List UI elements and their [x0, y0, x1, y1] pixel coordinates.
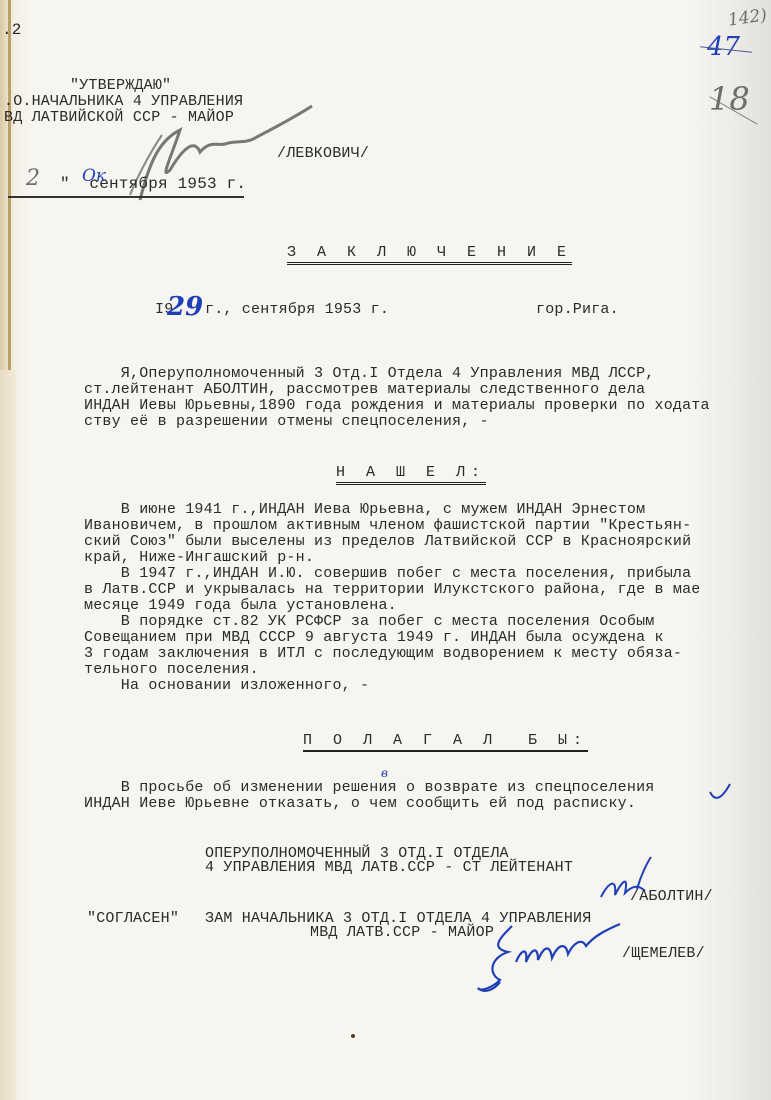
agreed-label: "СОГЛАСЕН": [87, 911, 179, 927]
correction-check-mark: [706, 778, 736, 804]
document-title: З А К Л Ю Ч Е Н И Е: [287, 244, 572, 261]
section-propose-body: В просьбе об изменении решения о возврат…: [84, 780, 655, 812]
approval-title: "УТВЕРЖДАЮ": [70, 78, 171, 94]
intro-line: ству её в разрешении отмены спецпоселени…: [84, 414, 710, 430]
page-number-marker: .2: [2, 22, 22, 38]
document-city: гор.Рига.: [536, 302, 619, 318]
body-line: Ивановичем, в прошлом активным членом фа…: [84, 518, 701, 534]
body-line: Совещанием при МВД СССР 9 августа 1949 г…: [84, 630, 701, 646]
paper-speck: [351, 1034, 355, 1038]
approval-date-day-handwritten: 2: [26, 166, 40, 191]
body-line: На основании изложенного, -: [84, 678, 701, 694]
body-line: ский Союз" были выселены из пределов Лат…: [84, 534, 701, 550]
archive-number-top: 142): [727, 5, 768, 30]
agreed-title-line-2: МВД ЛАТВ.ССР - МАЙОР: [310, 925, 494, 941]
officer-title-line-2: 4 УПРАВЛЕНИЯ МВД ЛАТВ.ССР - СТ ЛЕЙТЕНАНТ: [205, 860, 573, 876]
binding-edge: [8, 0, 11, 370]
body-line: В июне 1941 г.,ИНДАН Иева Юрьевна, с муж…: [84, 502, 701, 518]
approval-signatory: /ЛЕВКОВИЧ/: [277, 146, 369, 162]
document-date-day-handwritten: 29: [167, 292, 203, 322]
body-line: В порядке ст.82 УК РСФСР за побег с мест…: [84, 614, 701, 630]
body-line: тельного поселения.: [84, 662, 701, 678]
intro-paragraph: Я,Оперуполномоченный 3 Отд.I Отдела 4 Уп…: [84, 366, 710, 430]
document-page: .2 142) 47 18 "УТВЕРЖДАЮ" .О.НАЧАЛЬНИКА …: [0, 0, 771, 1100]
body-line: В 1947 г.,ИНДАН И.Ю. совершив побег с ме…: [84, 566, 701, 582]
approval-date-month-handwritten: Ок: [82, 166, 106, 186]
body-line: месяце 1949 года была установлена.: [84, 598, 701, 614]
body-line: ИНДАН Иеве Юрьевне отказать, о чем сообщ…: [84, 796, 655, 812]
section-found-body: В июне 1941 г.,ИНДАН Иева Юрьевна, с муж…: [84, 502, 701, 694]
intro-line: ст.лейтенант АБОЛТИН, рассмотрев материа…: [84, 382, 710, 398]
section-found-heading: Н А Ш Е Л:: [336, 464, 486, 481]
approval-underline: [8, 196, 244, 198]
document-date: г., сентября 1953 г.: [205, 302, 389, 318]
officer-name: /АБОЛТИН/: [630, 889, 713, 905]
section-propose-heading: П О Л А Г А Л Б Ы:: [303, 732, 588, 749]
body-line: край, Ниже-Ингашский р-н.: [84, 550, 701, 566]
body-line: в Латв.ССР и укрывалась на территории Ил…: [84, 582, 701, 598]
agreed-name: /ЩЕМЕЛЕВ/: [622, 946, 705, 962]
intro-line: ИНДАН Иевы Юрьевны,1890 года рождения и …: [84, 398, 710, 414]
binding-strip: [0, 370, 16, 1100]
body-line: В просьбе об изменении решения о возврат…: [84, 780, 655, 796]
body-line: 3 годам заключения в ИТЛ с последующим в…: [84, 646, 701, 662]
intro-line: Я,Оперуполномоченный 3 Отд.I Отдела 4 Уп…: [84, 366, 710, 382]
handwritten-correction: в: [381, 766, 388, 780]
